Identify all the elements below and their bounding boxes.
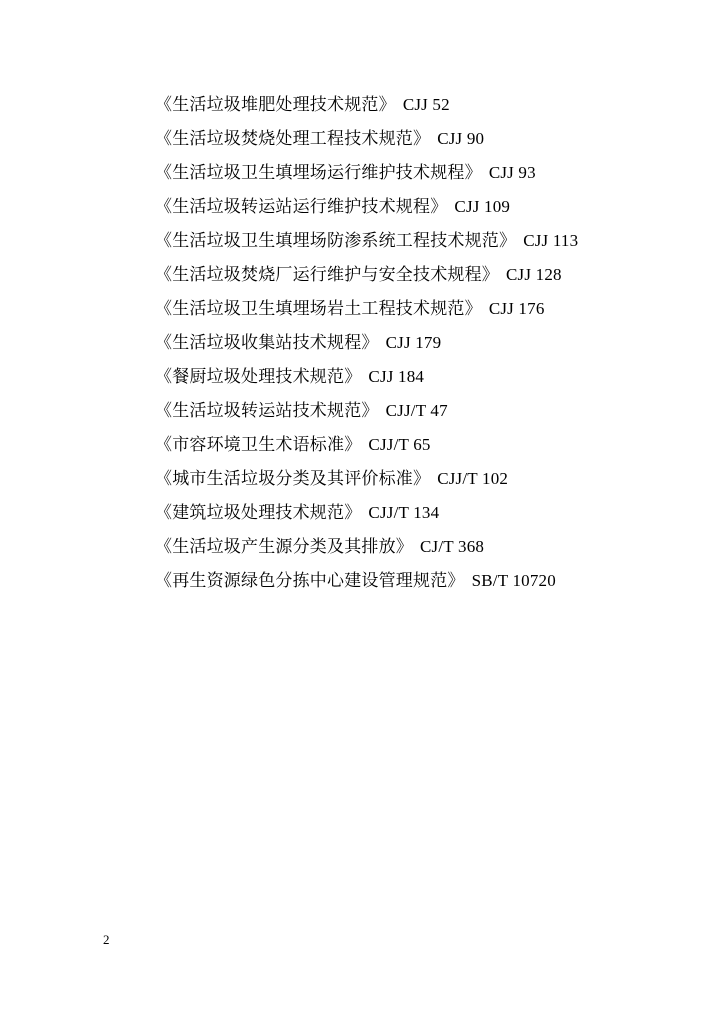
standard-line: 《生活垃圾焚烧厂运行维护与安全技术规程》CJJ 128 (155, 258, 695, 292)
standard-code: CJJ 113 (523, 231, 578, 250)
page-number: 2 (103, 932, 110, 948)
standard-line: 《生活垃圾卫生填埋场防渗系统工程技术规范》CJJ 113 (155, 224, 695, 258)
standard-code: CJJ/T 102 (437, 469, 508, 488)
standard-line: 《生活垃圾卫生填埋场运行维护技术规程》CJJ 93 (155, 156, 695, 190)
standard-line: 《生活垃圾焚烧处理工程技术规范》CJJ 90 (155, 122, 695, 156)
standard-code: CJJ 179 (386, 333, 442, 352)
standard-line: 《生活垃圾产生源分类及其排放》CJ/T 368 (155, 530, 695, 564)
standard-code: CJJ 52 (403, 95, 450, 114)
standard-line: 《生活垃圾转运站运行维护技术规程》CJJ 109 (155, 190, 695, 224)
standard-title: 《生活垃圾卫生填埋场防渗系统工程技术规范》 (155, 231, 516, 250)
standard-code: CJJ 184 (368, 367, 424, 386)
standard-code: CJJ 93 (489, 163, 536, 182)
standards-list: 《生活垃圾堆肥处理技术规范》CJJ 52《生活垃圾焚烧处理工程技术规范》CJJ … (155, 88, 695, 598)
standard-line: 《再生资源绿色分拣中心建设管理规范》SB/T 10720 (155, 564, 695, 598)
standard-line: 《生活垃圾卫生填埋场岩土工程技术规范》CJJ 176 (155, 292, 695, 326)
standard-title: 《生活垃圾转运站运行维护技术规程》 (155, 197, 447, 216)
standard-code: CJJ/T 65 (368, 435, 430, 454)
standard-code: SB/T 10720 (472, 571, 556, 590)
standard-title: 《生活垃圾转运站技术规范》 (155, 401, 379, 420)
standard-code: CJ/T 368 (420, 537, 484, 556)
standard-code: CJJ 176 (489, 299, 545, 318)
standard-code: CJJ/T 134 (368, 503, 439, 522)
standard-title: 《生活垃圾收集站技术规程》 (155, 333, 379, 352)
standard-title: 《生活垃圾焚烧厂运行维护与安全技术规程》 (155, 265, 499, 284)
standard-line: 《生活垃圾转运站技术规范》CJJ/T 47 (155, 394, 695, 428)
standard-title: 《生活垃圾产生源分类及其排放》 (155, 537, 413, 556)
standard-code: CJJ/T 47 (386, 401, 448, 420)
document-page: 《生活垃圾堆肥处理技术规范》CJJ 52《生活垃圾焚烧处理工程技术规范》CJJ … (0, 0, 725, 1024)
standard-line: 《市容环境卫生术语标准》CJJ/T 65 (155, 428, 695, 462)
standard-line: 《餐厨垃圾处理技术规范》CJJ 184 (155, 360, 695, 394)
standard-code: CJJ 128 (506, 265, 562, 284)
standard-line: 《生活垃圾堆肥处理技术规范》CJJ 52 (155, 88, 695, 122)
standard-title: 《再生资源绿色分拣中心建设管理规范》 (155, 571, 465, 590)
standard-line: 《建筑垃圾处理技术规范》CJJ/T 134 (155, 496, 695, 530)
standard-title: 《城市生活垃圾分类及其评价标准》 (155, 469, 430, 488)
standard-title: 《生活垃圾卫生填埋场运行维护技术规程》 (155, 163, 482, 182)
standard-title: 《餐厨垃圾处理技术规范》 (155, 367, 361, 386)
standard-line: 《城市生活垃圾分类及其评价标准》CJJ/T 102 (155, 462, 695, 496)
standard-code: CJJ 109 (454, 197, 510, 216)
standard-title: 《生活垃圾焚烧处理工程技术规范》 (155, 129, 430, 148)
standard-title: 《建筑垃圾处理技术规范》 (155, 503, 361, 522)
standard-title: 《生活垃圾堆肥处理技术规范》 (155, 95, 396, 114)
standard-title: 《市容环境卫生术语标准》 (155, 435, 361, 454)
standard-code: CJJ 90 (437, 129, 484, 148)
standard-line: 《生活垃圾收集站技术规程》CJJ 179 (155, 326, 695, 360)
standard-title: 《生活垃圾卫生填埋场岩土工程技术规范》 (155, 299, 482, 318)
